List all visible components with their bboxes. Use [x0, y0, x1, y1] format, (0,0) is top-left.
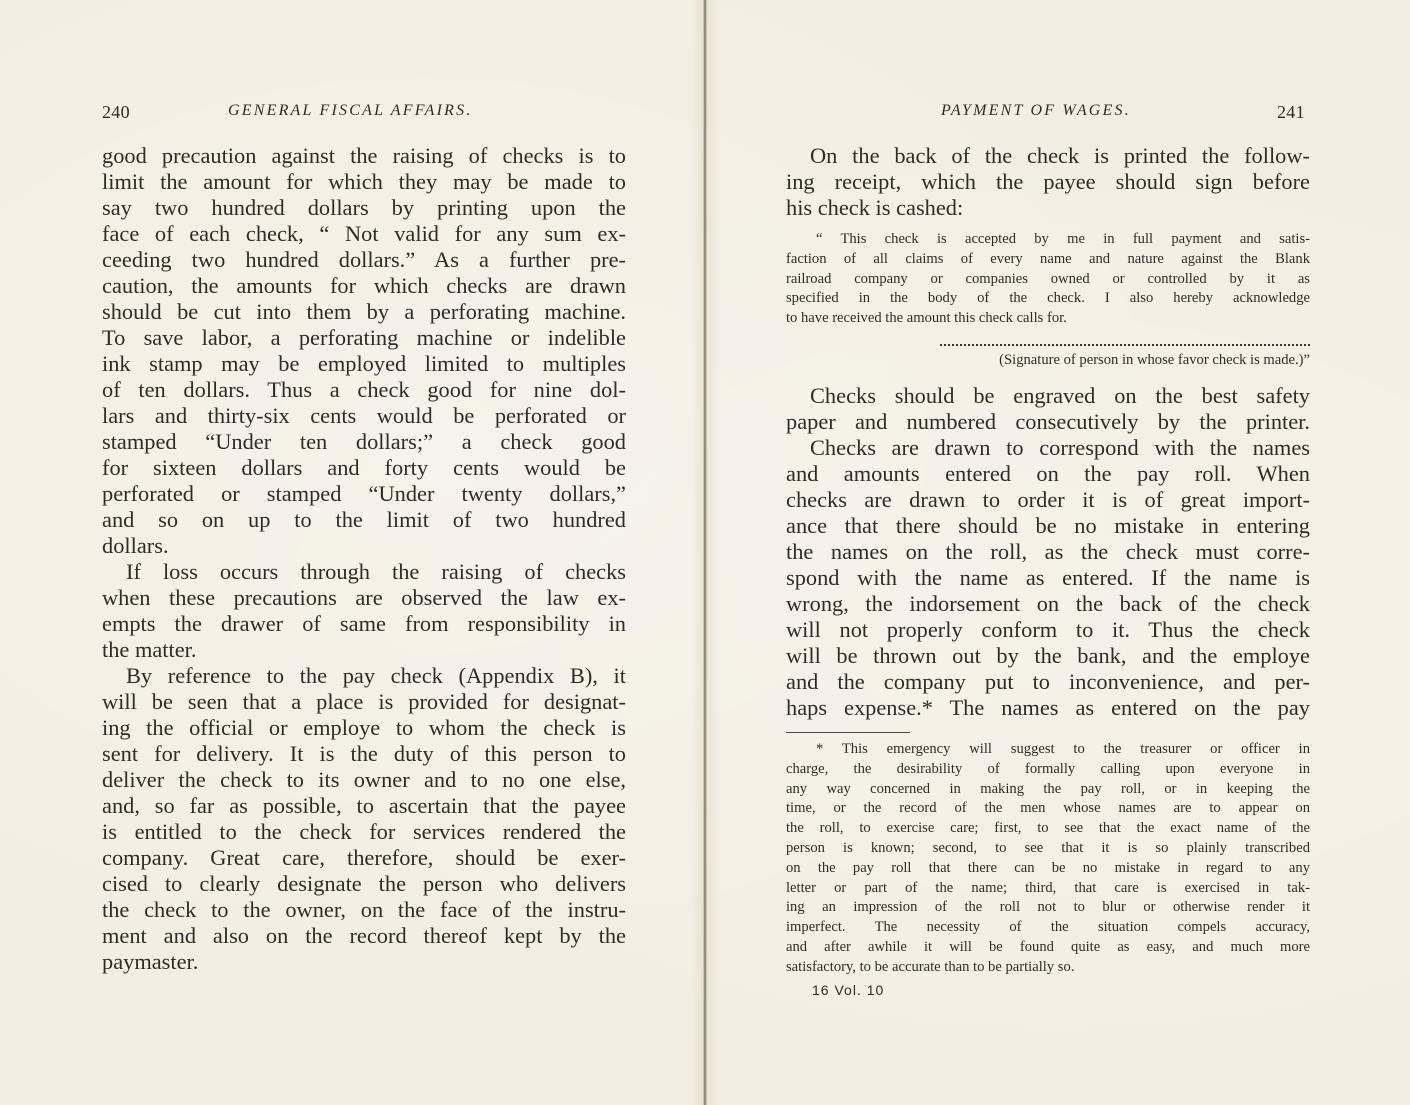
footnote-text: * This emergency will suggest to the tre… — [786, 740, 1310, 978]
text-line: limit the amount for which they may be m… — [102, 169, 626, 195]
text-line: to have received the amount this check c… — [786, 309, 1310, 329]
text-line: ink stamp may be employed limited to mul… — [102, 351, 626, 377]
text-line: deliver the check to its owner and to no… — [102, 767, 626, 793]
text-line: ing receipt, which the payee should sign… — [786, 169, 1310, 195]
text-line: and amounts entered on the pay roll. Whe… — [786, 461, 1310, 487]
text-line: perforated or stamped “Under twenty doll… — [102, 481, 626, 507]
left-running-head: 240 GENERAL FISCAL AFFAIRS. — [0, 98, 703, 124]
signature-caption: (Signature of person in whose favor chec… — [870, 350, 1310, 370]
text-line: By reference to the pay check (Appendix … — [102, 663, 626, 689]
text-line: good precaution against the raising of c… — [102, 143, 626, 169]
text-line: will be seen that a place is provided fo… — [102, 689, 626, 715]
text-line: ing an impression of the roll not to blu… — [786, 898, 1310, 918]
text-line: when these precautions are observed the … — [102, 585, 626, 611]
text-line: company. Great care, therefore, should b… — [102, 845, 626, 871]
text-line: his check is cashed: — [786, 195, 1310, 221]
text-line: the roll, to exercise care; first, to se… — [786, 819, 1310, 839]
running-head-title: PAYMENT OF WAGES. — [941, 98, 1131, 124]
text-line: ance that there should be no mistake in … — [786, 513, 1310, 539]
text-line: Checks should be engraved on the best sa… — [786, 383, 1310, 409]
left-body-text: good precaution against the raising of c… — [102, 143, 626, 975]
printer-signature-mark: 16 Vol. 10 — [812, 980, 884, 1000]
text-line: will not properly conform to it. Thus th… — [786, 617, 1310, 643]
text-line: will be thrown out by the bank, and the … — [786, 643, 1310, 669]
text-line: lars and thirty-six cents would be perfo… — [102, 403, 626, 429]
right-intro-text: On the back of the check is printed the … — [786, 143, 1310, 221]
text-line: dollars. — [102, 533, 626, 559]
left-page: 240 GENERAL FISCAL AFFAIRS. good precaut… — [0, 0, 703, 1105]
receipt-text: “ This check is accepted by me in full p… — [786, 230, 1310, 329]
text-line: charge, the desirability of formally cal… — [786, 760, 1310, 780]
text-line: time, or the record of the men whose nam… — [786, 799, 1310, 819]
text-line: * This emergency will suggest to the tre… — [786, 740, 1310, 760]
text-line: faction of all claims of every name and … — [786, 250, 1310, 270]
text-line: checks are drawn to order it is of great… — [786, 487, 1310, 513]
text-line: paymaster. — [102, 949, 626, 975]
text-line: on the pay roll that there can be no mis… — [786, 859, 1310, 879]
text-line: To save labor, a perforating machine or … — [102, 325, 626, 351]
text-line: face of each check, “ Not valid for any … — [102, 221, 626, 247]
text-line: satisfactory, to be accurate than to be … — [786, 958, 1310, 978]
text-line: ing the official or employe to whom the … — [102, 715, 626, 741]
page-number: 240 — [102, 99, 130, 125]
text-line: spond with the name as entered. If the n… — [786, 565, 1310, 591]
text-line: of ten dollars. Thus a check good for ni… — [102, 377, 626, 403]
text-line: for sixteen dollars and forty cents woul… — [102, 455, 626, 481]
text-line: imperfect. The necessity of the situatio… — [786, 918, 1310, 938]
text-line: person is known; second, to see that it … — [786, 839, 1310, 859]
page-number: 241 — [1277, 99, 1305, 125]
running-head-title: GENERAL FISCAL AFFAIRS. — [228, 98, 473, 124]
text-line: sent for delivery. It is the duty of thi… — [102, 741, 626, 767]
footnote-rule — [786, 732, 910, 733]
text-line: Checks are drawn to correspond with the … — [786, 435, 1310, 461]
text-line: stamped “Under ten dollars;” a check goo… — [102, 429, 626, 455]
text-line: paper and numbered consecutively by the … — [786, 409, 1310, 435]
text-line: and the company put to inconvenience, an… — [786, 669, 1310, 695]
text-line: ment and also on the record thereof kept… — [102, 923, 626, 949]
text-line: and after awhile it will be found quite … — [786, 938, 1310, 958]
text-line: haps expense.* The names as entered on t… — [786, 695, 1310, 721]
right-body-text: Checks should be engraved on the best sa… — [786, 383, 1310, 721]
text-line: should be cut into them by a perforating… — [102, 299, 626, 325]
text-line: empts the drawer of same from responsibi… — [102, 611, 626, 637]
text-line: caution, the amounts for which checks ar… — [102, 273, 626, 299]
right-running-head: PAYMENT OF WAGES. 241 — [707, 98, 1410, 124]
text-line: “ This check is accepted by me in full p… — [786, 230, 1310, 250]
text-line: say two hundred dollars by printing upon… — [102, 195, 626, 221]
right-page: PAYMENT OF WAGES. 241 On the back of the… — [707, 0, 1410, 1105]
signature-dotted-line — [940, 340, 1310, 346]
text-line: letter or part of the name; third, that … — [786, 879, 1310, 899]
text-line: ceeding two hundred dollars.” As a furth… — [102, 247, 626, 273]
text-line: cised to clearly designate the person wh… — [102, 871, 626, 897]
text-line: railroad company or companies owned or c… — [786, 270, 1310, 290]
text-line: is entitled to the check for services re… — [102, 819, 626, 845]
text-line: If loss occurs through the raising of ch… — [102, 559, 626, 585]
text-line: and, so far as possible, to ascertain th… — [102, 793, 626, 819]
text-line: the matter. — [102, 637, 626, 663]
text-line: specified in the body of the check. I al… — [786, 289, 1310, 309]
text-line: On the back of the check is printed the … — [786, 143, 1310, 169]
text-line: the check to the owner, on the face of t… — [102, 897, 626, 923]
book-spread: 240 GENERAL FISCAL AFFAIRS. good precaut… — [0, 0, 1410, 1105]
text-line: the names on the roll, as the check must… — [786, 539, 1310, 565]
text-line: and so on up to the limit of two hundred — [102, 507, 626, 533]
text-line: wrong, the indorsement on the back of th… — [786, 591, 1310, 617]
text-line: any way concerned in making the pay roll… — [786, 780, 1310, 800]
